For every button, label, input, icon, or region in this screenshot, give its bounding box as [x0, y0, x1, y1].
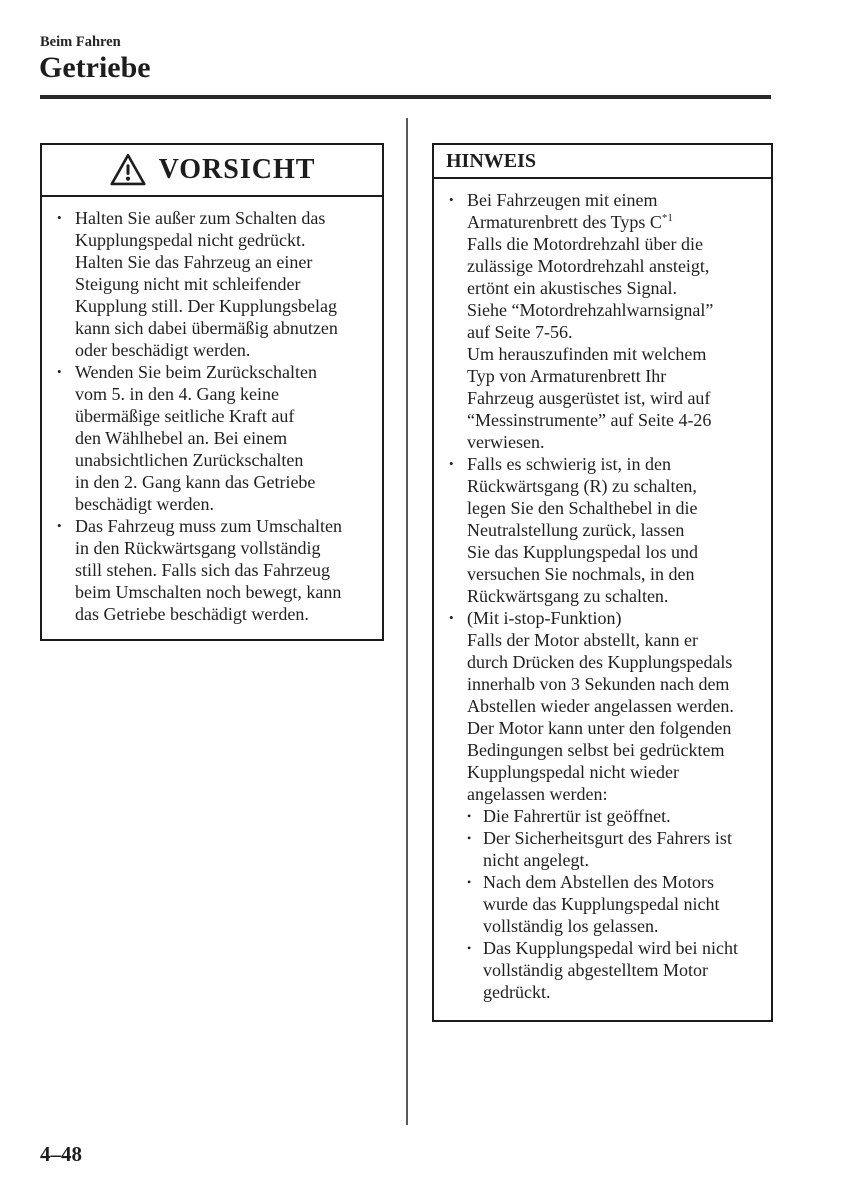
manual-page: Beim Fahren Getriebe VORSICHT • Halten S…: [0, 0, 845, 1200]
bullet-icon: •: [467, 827, 483, 849]
note-item-text-end: Falls die Motordrehzahl über die zulässi…: [467, 234, 713, 452]
bullet-icon: •: [449, 189, 467, 211]
note-sublist: • Die Fahrertür ist geöffnet. • Der Sich…: [467, 805, 766, 1003]
caution-item-text: Das Fahrzeug muss zum Umschalten in den …: [75, 515, 342, 625]
caution-item: • Halten Sie außer zum Schalten das Kupp…: [57, 207, 377, 361]
note-subitem: • Der Sicherheitsgurt des Fahrers ist ni…: [467, 827, 766, 871]
note-subitem: • Die Fahrertür ist geöffnet.: [467, 805, 766, 827]
note-item-body: (Mit i-stop-Funktion) Falls der Motor ab…: [467, 607, 766, 1003]
note-item-text: Bei Fahrzeugen mit einem Armaturenbrett …: [467, 189, 713, 453]
section-label: Beim Fahren: [40, 34, 121, 51]
bullet-icon: •: [57, 361, 75, 383]
note-box: HINWEIS • Bei Fahrzeugen mit einem Armat…: [432, 143, 773, 1022]
note-item-text: (Mit i-stop-Funktion) Falls der Motor ab…: [467, 608, 734, 804]
note-item: • Falls es schwierig ist, in den Rückwär…: [449, 453, 766, 607]
page-number: 4–48: [40, 1142, 82, 1167]
note-subitem: • Nach dem Abstellen des Motors wurde da…: [467, 871, 766, 937]
caution-title: VORSICHT: [159, 154, 316, 186]
note-item: • (Mit i-stop-Funktion) Falls der Motor …: [449, 607, 766, 1003]
bullet-icon: •: [467, 805, 483, 827]
caution-list: • Halten Sie außer zum Schalten das Kupp…: [42, 197, 382, 625]
note-item-text: Falls es schwierig ist, in den Rückwärts…: [467, 453, 698, 607]
caution-item-text: Halten Sie außer zum Schalten das Kupplu…: [75, 207, 338, 361]
note-box-header: HINWEIS: [434, 145, 771, 179]
note-subitem-text: Das Kupplungspedal wird bei nicht vollst…: [483, 937, 738, 1003]
bullet-icon: •: [57, 515, 75, 537]
caution-item: • Das Fahrzeug muss zum Umschalten in de…: [57, 515, 377, 625]
caution-box: VORSICHT • Halten Sie außer zum Schalten…: [40, 143, 384, 641]
caution-item-text: Wenden Sie beim Zurückschalten vom 5. in…: [75, 361, 317, 515]
note-subitem: • Das Kupplungspedal wird bei nicht voll…: [467, 937, 766, 1003]
bullet-icon: •: [467, 937, 483, 959]
column-divider: [406, 118, 408, 1125]
header-rule: [40, 95, 771, 99]
note-subitem-text: Die Fahrertür ist geöffnet.: [483, 805, 671, 827]
bullet-icon: •: [467, 871, 483, 893]
footnote-superscript: *1: [662, 212, 673, 224]
bullet-icon: •: [449, 453, 467, 475]
note-subitem-text: Nach dem Abstellen des Motors wurde das …: [483, 871, 719, 937]
warning-triangle-icon: [109, 153, 147, 187]
note-list: • Bei Fahrzeugen mit einem Armaturenbret…: [434, 179, 771, 1003]
bullet-icon: •: [449, 607, 467, 629]
caution-item: • Wenden Sie beim Zurückschalten vom 5. …: [57, 361, 377, 515]
page-title: Getriebe: [39, 51, 151, 85]
note-subitem-text: Der Sicherheitsgurt des Fahrers ist nich…: [483, 827, 732, 871]
note-item: • Bei Fahrzeugen mit einem Armaturenbret…: [449, 189, 766, 453]
note-title: HINWEIS: [446, 150, 536, 173]
bullet-icon: •: [57, 207, 75, 229]
note-item-text-start: Bei Fahrzeugen mit einem Armaturenbrett …: [467, 190, 662, 232]
caution-box-header: VORSICHT: [42, 145, 382, 197]
